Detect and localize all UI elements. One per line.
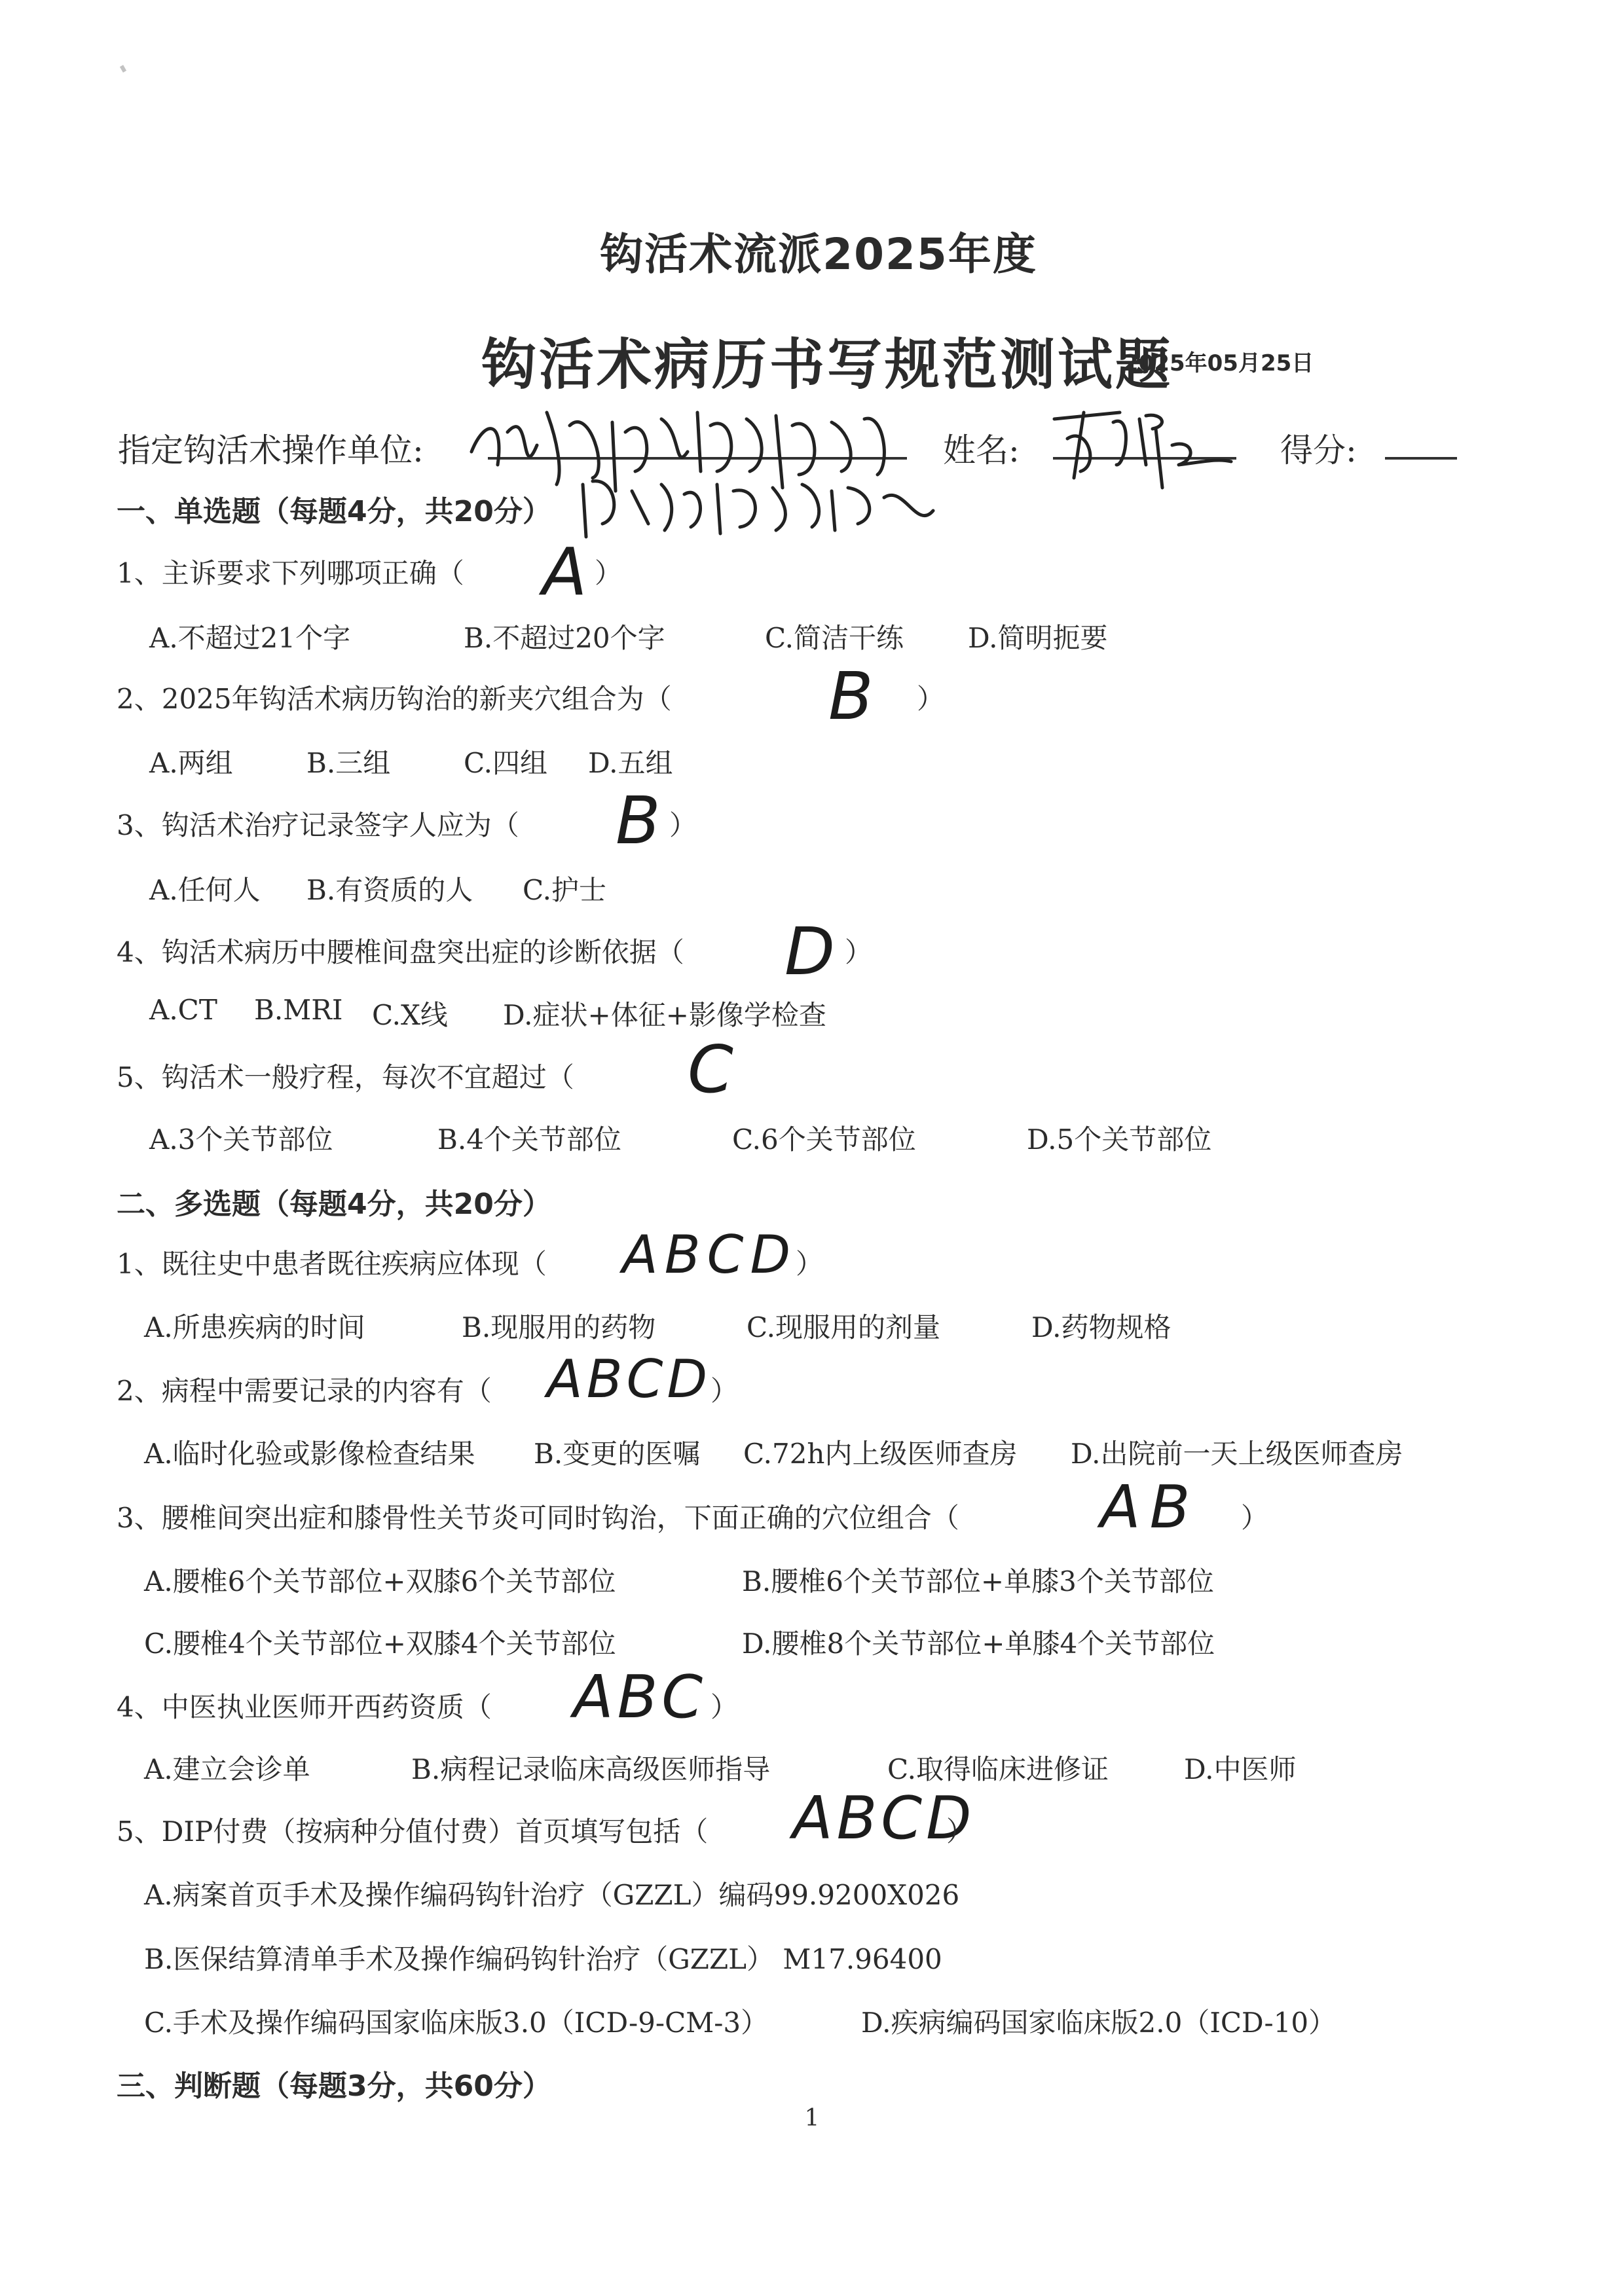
option-d: D.5个关节部位 — [1027, 1118, 1211, 1157]
option-d: D.简明扼要 — [968, 617, 1108, 656]
handwritten-answer: D — [784, 913, 835, 990]
handwritten-answer: ABCD — [622, 1224, 797, 1285]
scan-speck — [120, 65, 126, 73]
option-d: D.五组 — [588, 742, 673, 781]
option-c: C.腰椎4个关节部位+双膝4个关节部位 — [144, 1622, 616, 1662]
option-c: C.简洁干练 — [765, 617, 904, 656]
option-b: B.不超过20个字 — [464, 617, 665, 656]
handwritten-answer: B — [828, 658, 874, 735]
option-b: B.病程记录临床高级医师指导 — [411, 1748, 770, 1787]
score-label: 得分: — [1280, 424, 1357, 471]
section-heading-true-false: 三、判断题（每题3分，共60分） — [117, 2062, 551, 2104]
option-d: D.中医师 — [1184, 1748, 1297, 1787]
exam-series-title: 钩活术流派2025年度 — [0, 219, 1624, 282]
option-b: B.MRI — [254, 994, 342, 1026]
question-stem: 5、DIP付费（按病种分值付费）首页填写包括（ — [117, 1810, 708, 1850]
option-b: B.医保结算清单手术及操作编码钩针治疗（GZZL） M17.96400 — [144, 1938, 942, 1977]
option-a: A.腰椎6个关节部位+双膝6个关节部位 — [144, 1560, 616, 1599]
option-d: D.腰椎8个关节部位+单膝4个关节部位 — [742, 1622, 1215, 1662]
option-b: B.有资质的人 — [306, 869, 473, 908]
handwritten-answer: A — [542, 534, 587, 610]
section-heading-single-choice: 一、单选题（每题4分，共20分） — [117, 488, 551, 530]
question-stem: 4、中医执业医师开西药资质（ — [117, 1686, 492, 1725]
option-a: A.建立会诊单 — [144, 1748, 310, 1787]
name-signature — [1048, 399, 1238, 491]
unit-label: 指定钩活术操作单位: — [118, 424, 424, 471]
option-b: B.现服用的药物 — [462, 1306, 655, 1345]
option-b: B.4个关节部位 — [437, 1118, 621, 1157]
question-close-paren: ） — [845, 931, 872, 970]
option-c: C.取得临床进修证 — [887, 1748, 1109, 1787]
option-b: B.三组 — [306, 742, 390, 781]
exam-date: 2025年05月25日 — [1123, 345, 1314, 377]
question-stem: 2、2025年钩活术病历钩治的新夹穴组合为（ — [117, 678, 672, 717]
question-stem: 3、钩活术治疗记录签字人应为（ — [117, 804, 519, 843]
question-stem: 5、钩活术一般疗程，每次不宜超过（ — [117, 1056, 574, 1095]
option-d: D.疾病编码国家临床版2.0（ICD-10） — [861, 2001, 1336, 2041]
question-close-paren: ） — [595, 552, 622, 591]
question-close-paren: ） — [796, 1243, 823, 1282]
question-stem: 3、腰椎间突出症和膝骨性关节炎可同时钩治，下面正确的穴位组合（ — [117, 1497, 959, 1536]
option-c: C.X线 — [372, 994, 448, 1033]
question-stem: 4、钩活术病历中腰椎间盘突出症的诊断依据（ — [117, 931, 684, 970]
option-a: A.不超过21个字 — [149, 617, 350, 656]
question-close-paren: ） — [917, 678, 944, 717]
unit-handwriting-line2 — [576, 471, 943, 543]
question-close-paren: ） — [710, 1370, 738, 1409]
question-stem: 2、病程中需要记录的内容有（ — [117, 1370, 492, 1409]
section-heading-multiple-choice: 二、多选题（每题4分，共20分） — [117, 1180, 551, 1222]
name-label: 姓名: — [943, 424, 1020, 471]
option-c: C.现服用的剂量 — [747, 1306, 940, 1345]
exam-title: 钩活术病历书写规范测试题 — [481, 321, 1173, 400]
option-a: A.3个关节部位 — [149, 1118, 333, 1157]
option-d: D.药物规格 — [1031, 1306, 1172, 1345]
option-b: B.腰椎6个关节部位+单膝3个关节部位 — [742, 1560, 1214, 1599]
option-c: C.护士 — [523, 869, 606, 908]
option-a: A.所患疾病的时间 — [144, 1306, 365, 1345]
option-b: B.变更的医嘱 — [534, 1432, 700, 1472]
question-close-paren: ） — [710, 1686, 738, 1725]
option-d: D.出院前一天上级医师查房 — [1071, 1432, 1403, 1472]
option-d: D.症状+体征+影像学检查 — [503, 994, 826, 1033]
option-c: C.6个关节部位 — [732, 1118, 916, 1157]
handwritten-answer: C — [688, 1031, 733, 1108]
option-c: C.四组 — [464, 742, 547, 781]
option-a: A.病案首页手术及操作编码钩针治疗（GZZL）编码99.9200X026 — [144, 1874, 959, 1913]
question-close-paren: ） — [1241, 1497, 1268, 1536]
handwritten-answer: ABCD — [547, 1349, 711, 1410]
option-a: A.临时化验或影像检查结果 — [144, 1432, 475, 1472]
option-c: C.72h内上级医师查房 — [743, 1432, 1017, 1472]
option-a: A.两组 — [149, 742, 233, 781]
question-close-paren: ） — [946, 1810, 974, 1850]
handwritten-answer: ABC — [573, 1663, 707, 1732]
handwritten-answer: B — [616, 782, 661, 859]
score-field-underline[interactable] — [1385, 457, 1457, 460]
question-stem: 1、既往史中患者既往疾病应体现（ — [117, 1243, 547, 1282]
option-a: A.CT — [149, 994, 217, 1026]
question-close-paren: ） — [669, 804, 697, 843]
handwritten-answer: AB — [1100, 1473, 1199, 1542]
page-number: 1 — [0, 2105, 1624, 2132]
option-c: C.手术及操作编码国家临床版3.0（ICD-9-CM-3） — [144, 2001, 768, 2041]
option-a: A.任何人 — [149, 869, 261, 908]
question-stem: 1、主诉要求下列哪项正确（ — [117, 552, 464, 591]
